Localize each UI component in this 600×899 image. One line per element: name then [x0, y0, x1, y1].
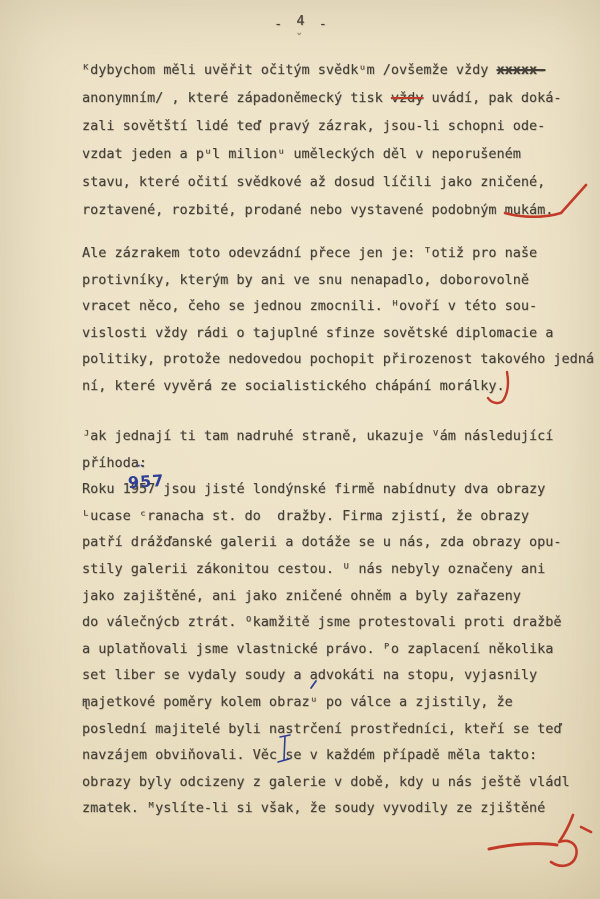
text-line: ní, které vyvěrá ze socialistického cháp… [82, 373, 596, 400]
text-line: a uplatňovali jsme vlastnické právo. ᴾo … [82, 636, 596, 663]
text-line: politiky, protože nedovedou pochopit při… [82, 346, 596, 373]
text-line: jako zajištěné, ani jako zničené ohněm a… [82, 583, 596, 610]
text-segment: anonymním/ , které západoněmecký tisk [82, 90, 391, 106]
red-tick-mark [581, 827, 591, 832]
handwritten-year-correction: 957 [127, 471, 165, 492]
typed-strikeout: xxxxx- [497, 62, 546, 78]
text-line: zali sovětští lidé teď pravý zázrak, jso… [82, 112, 596, 140]
text-line: stavu, které očití svědkové až dosud líč… [82, 168, 596, 196]
text-segment: Roku 1 [82, 481, 131, 497]
page-number-value: 4 [296, 13, 307, 29]
text-line: majetkové poměry kolem obrazᵘ po válce a… [82, 689, 596, 716]
text-line: ᴷdybychom měli uvěřit očitým svědkᵘm /ov… [82, 56, 596, 84]
text-segment: uvádí, pak doká- [423, 90, 561, 106]
text-line: stily galerii zákonitou cestou. ᵁ nás ne… [82, 556, 596, 583]
text-line: anonymním/ , které západoněmecký tisk vž… [82, 84, 596, 112]
text-line: Ale zázrakem toto odevzádní přece jen je… [82, 240, 596, 267]
red-dash-mark [489, 844, 557, 849]
text-line: roztavené, rozbité, prodané nebo vystave… [82, 196, 596, 224]
text-segment: ᴷdybychom měli uvěřit očitým svědkᵘm /ov… [82, 62, 497, 78]
handwritten-diaeresis-mark: ¨ [136, 464, 144, 480]
text-line: set liber se vydaly soudy a advokáti na … [82, 662, 596, 689]
text-line: do válečnýcb ztrát. ᴼkamžitě jsme protes… [82, 609, 596, 636]
text-line: navzájem obviňovali. Věc se v každém pří… [82, 742, 596, 769]
page-number-prefix: - [274, 16, 296, 32]
text-line: vracet něco, čeho se jednou zmocnili. ᴴo… [82, 293, 596, 320]
text-segment: jsou jisté londýnské firmě nabídnuty dva… [155, 481, 545, 497]
paragraph-1: ᴷdybychom měli uvěřit očitým svědkᵘm /ov… [82, 56, 596, 224]
paragraph-2: Ale zázrakem toto odevzádní přece jen je… [82, 240, 596, 399]
stray-margin-letter: l [83, 700, 90, 711]
text-line: ᴶak jednají ti tam nadruhé straně, ukazu… [82, 423, 596, 450]
red-numeral-squiggle [551, 815, 577, 866]
text-line: patří drážďanské galerii a dotáže se u n… [82, 529, 596, 556]
text-line: vislosti vždy rádi o tajuplné sfinze sov… [82, 320, 596, 347]
text-line: protivníky, kterým by ani ve snu nenapad… [82, 267, 596, 294]
page-number-suffix: - [308, 16, 330, 32]
text-line: vzdat jeden a pᵘl milionᵘ uměleckých děl… [82, 140, 596, 168]
typescript-page: - 4 - ᵕ ᴷdybychom měli uvěřit očitým svě… [0, 0, 600, 899]
text-line: ᴸucase ᶜranacha st. do dražby. Firma zji… [82, 503, 596, 530]
text-line: zmatek. ᴹyslíte-li si však, že soudy vyv… [82, 795, 596, 822]
text-line: obrazy byly odcizeny z galerie v době, k… [82, 769, 596, 796]
text-line: poslední majitelé byli nastrčení prostře… [82, 716, 596, 743]
red-strikeout-word: vždy [391, 90, 424, 106]
page-number-correction-mark: ᵕ [296, 30, 302, 41]
